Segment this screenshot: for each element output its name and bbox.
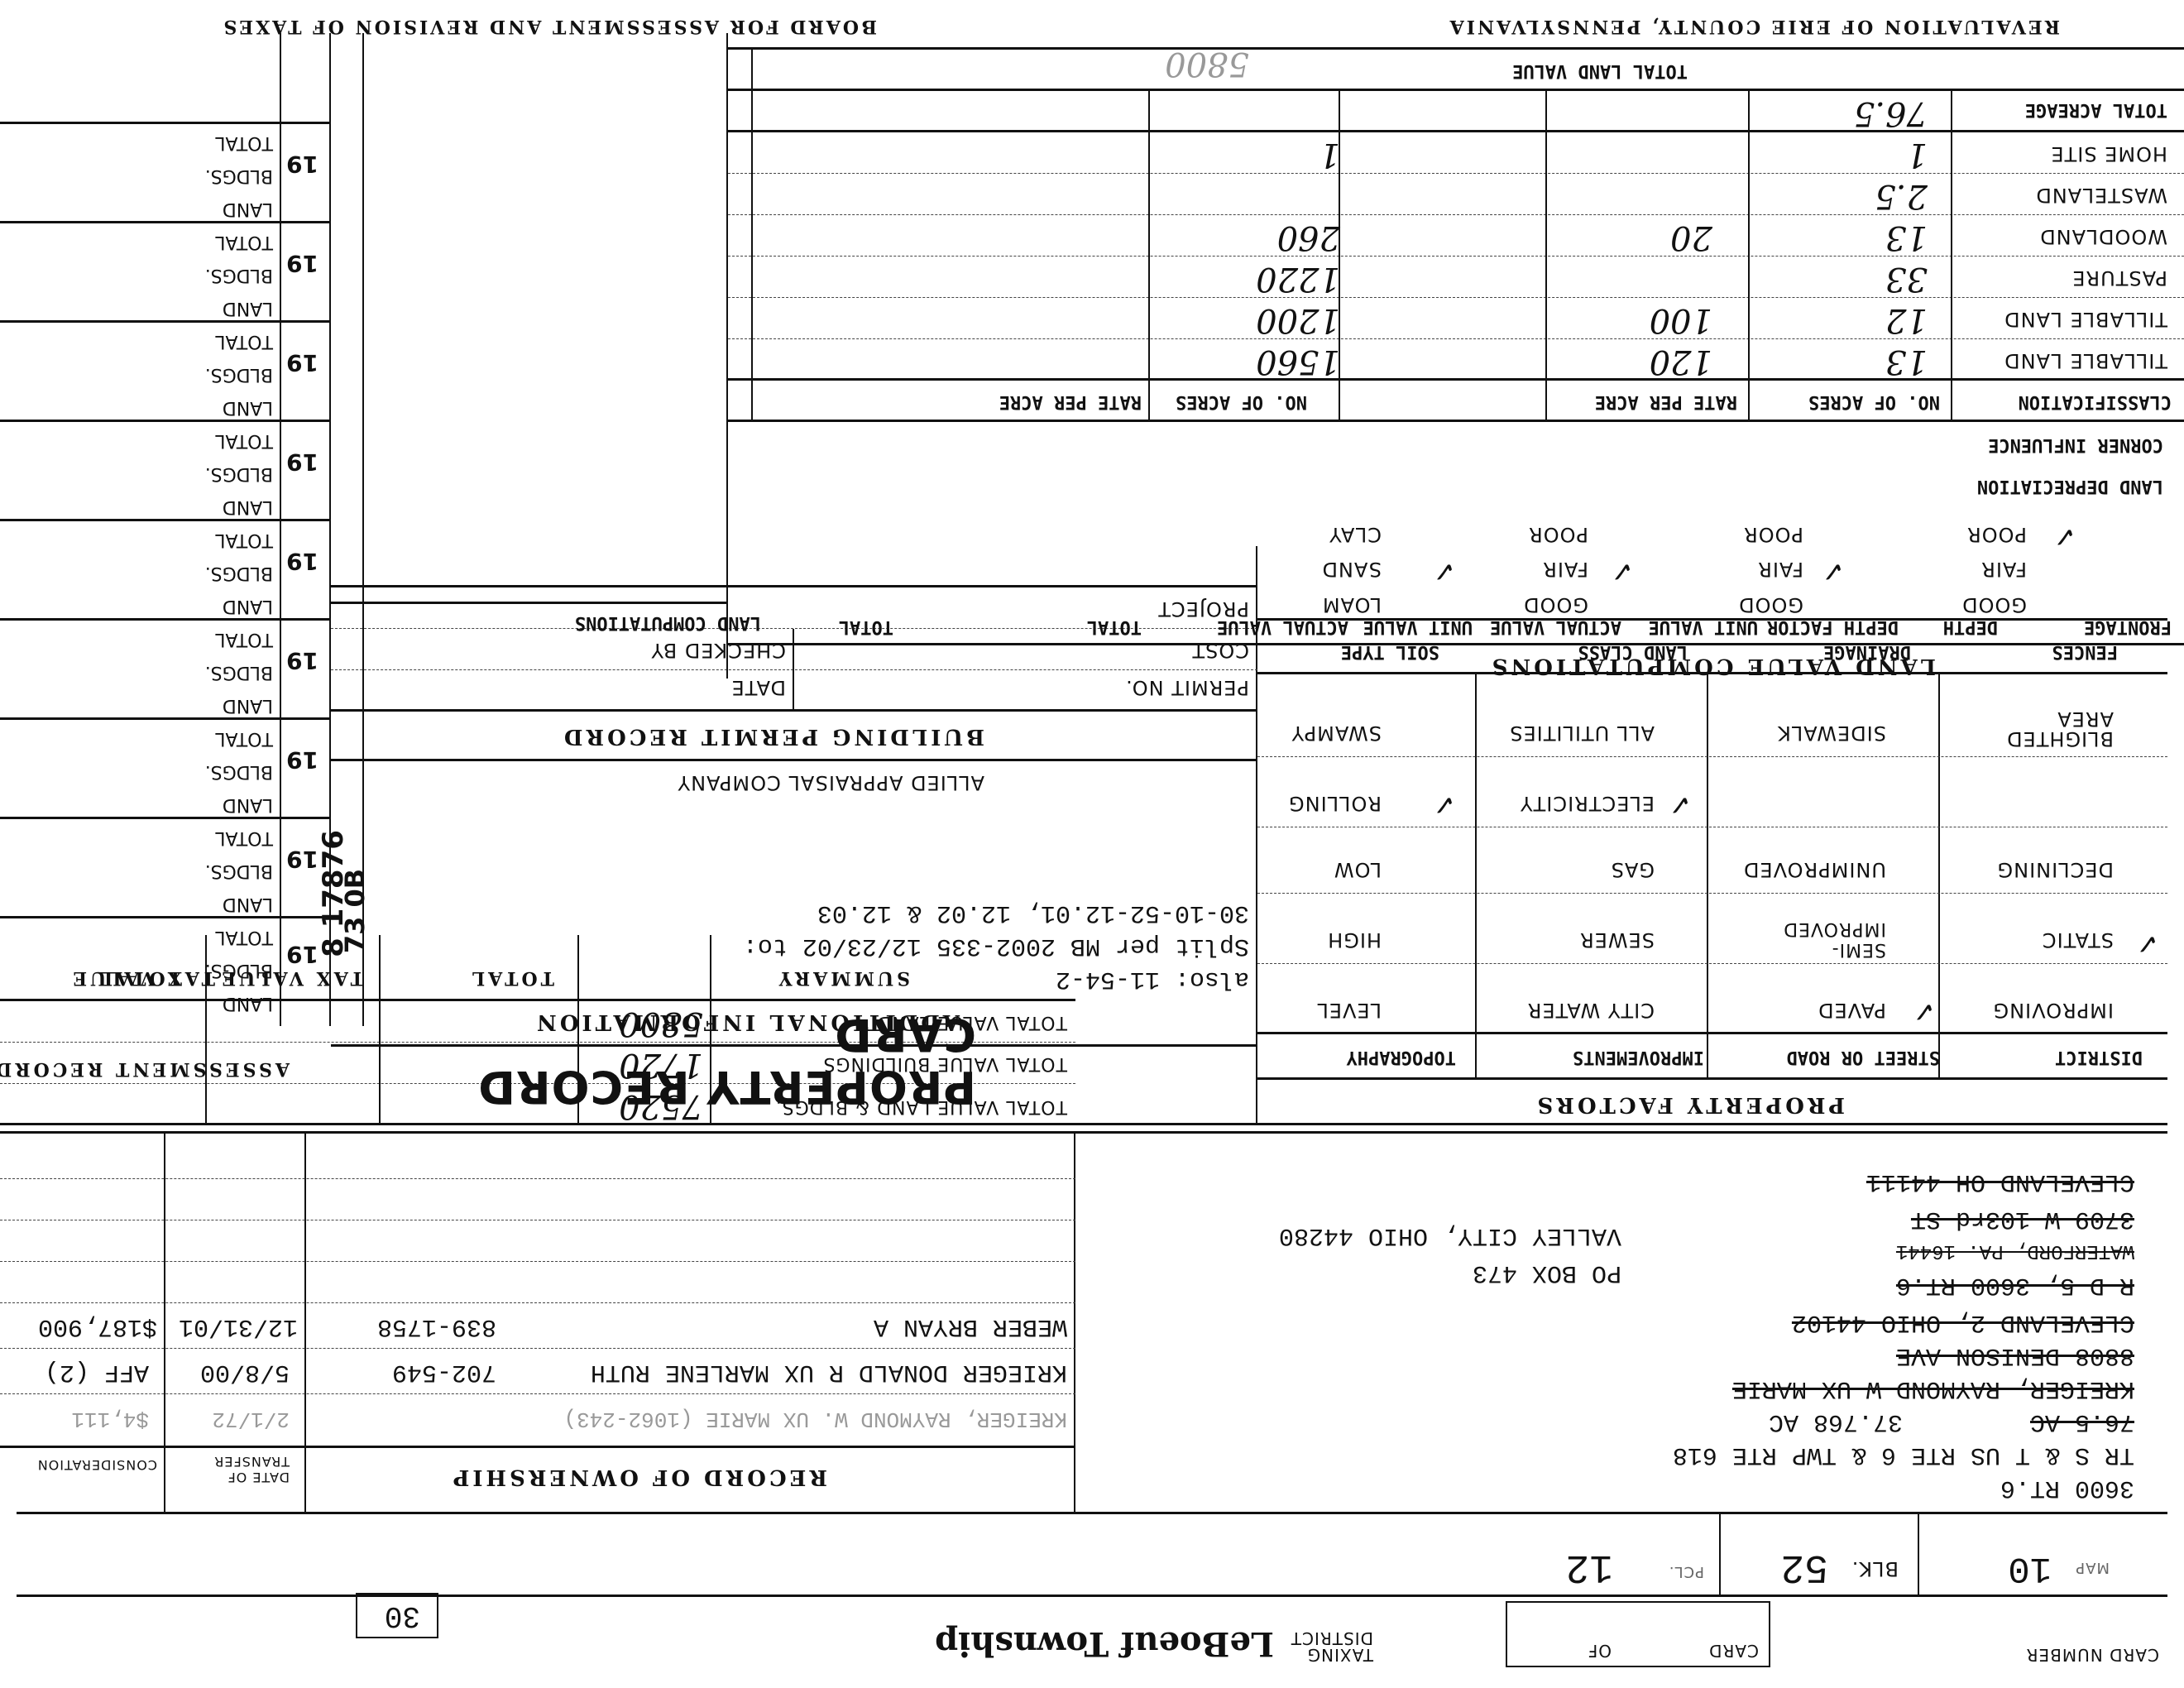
rate-header: RATE PER ACRE	[1595, 391, 1737, 412]
assessment-record	[0, 33, 331, 1026]
land-depreciation-label: LAND DEPRECIATION	[1977, 476, 2163, 496]
factor-electricity: ELECTRICITY	[1520, 792, 1655, 815]
map-value: 10	[2008, 1547, 2052, 1589]
address-line: TR S & T US RTE 6 & TWP RTE 618	[1673, 1441, 2134, 1469]
address-line: R-D-5, 3600 RT.6	[1896, 1271, 2134, 1299]
building-permit-title: BUILDING PERMIT RECORD	[561, 724, 984, 749]
address-line: CLEVELAND OH 44111	[1866, 1168, 2134, 1196]
card-label: CARD	[1708, 1641, 1759, 1661]
factor-unimproved: UNIMPROVED	[1743, 858, 1886, 881]
address-line: CLEVELAND 2, OHIO 44102	[1792, 1308, 2134, 1336]
check-mark-icon: ✓	[1611, 554, 1635, 587]
factor-all-utilities: ALL UTILITIES	[1509, 722, 1655, 745]
check-mark-icon: ✓	[1822, 554, 1846, 587]
soil-grid: LOAM SAND ✓ CLAY GOOD FAIR ✓ POOR GOOD F…	[1257, 505, 2167, 621]
check-mark-icon: ✓	[2053, 520, 2077, 553]
factor-sidewalk: SIDEWALK	[1777, 722, 1886, 745]
of-label: OF	[1588, 1641, 1612, 1661]
address-line: KREIGER, RAYMOND W UX MARIE	[1732, 1374, 2134, 1403]
factor-swampy: SWAMPY	[1291, 722, 1382, 745]
assessment-record-title: ASSESSMENT RECORD	[0, 1058, 290, 1080]
address-line: 76.5 AC	[2030, 1407, 2134, 1436]
card-number-label: CARD NUMBER	[2026, 1645, 2159, 1665]
drainage-fair: FAIR	[1757, 558, 1803, 581]
current-address-line: PO BOX 473	[1473, 1259, 1621, 1287]
land-class-poor: POOR	[1528, 523, 1588, 546]
check-mark-icon: ✓	[1913, 995, 1937, 1028]
map-label: MAP	[2075, 1559, 2110, 1576]
acreage-table: CLASSIFICATION NO. OF ACRES RATE PER ACR…	[728, 25, 2184, 422]
land-computations-title: LAND COMPUTATIONS	[575, 612, 761, 633]
factor-improving: IMPROVING	[1993, 999, 2114, 1022]
land-value-computations-title: LAND VALUE COMPUTATIONS	[1489, 654, 1936, 679]
check-mark-icon: ✓	[1669, 788, 1693, 821]
property-address-block: 3600 RT.6 TR S & T US RTE 6 & TWP RTE 61…	[1092, 1138, 2151, 1502]
consideration-header: CONSIDERATION	[37, 1457, 157, 1473]
appraisal-company: ALLIED APPRAISAL COMPANY	[678, 771, 985, 794]
stamp-sub: 73 0B	[331, 861, 364, 960]
factor-static: STATIC	[2042, 928, 2114, 952]
address-line: 8808 DENISON AVE	[1896, 1341, 2134, 1369]
factor-rolling: ROLLING	[1288, 792, 1382, 815]
factor-blighted-area: BLIGHTED AREA	[1981, 709, 2114, 749]
additional-info-line: Split per MB 2002-335 12/23/02 to:	[743, 932, 1249, 960]
street-header: STREET OR ROAD	[1787, 1047, 1940, 1067]
small-number-box: 30	[356, 1593, 438, 1638]
factor-declining: DECLINING	[1997, 858, 2114, 881]
taxing-district-label: TAXING DISTRICT	[1282, 1630, 1373, 1663]
acres-header: NO. OF ACRES	[1808, 391, 1940, 412]
card-of-box: CARD OF	[1506, 1601, 1770, 1667]
check-mark-icon: ✓	[1433, 788, 1457, 821]
factor-city-water: CITY WATER	[1527, 999, 1655, 1022]
acres-header-2: NO. OF ACRES	[1176, 391, 1307, 412]
revaluation-title: REVALUATION OF ERIE COUNTY, PENNSYLVANIA	[1448, 16, 2060, 37]
factor-paved: PAVED	[1818, 999, 1886, 1022]
date-of-transfer-header: DATE OF TRANSFER	[174, 1454, 290, 1485]
taxing-district-value: LeBoeuf Township	[935, 1624, 1274, 1663]
address-line: WATERFORD, PA. 16441	[1896, 1240, 2134, 1262]
check-mark-icon: ✓	[1433, 554, 1457, 587]
check-mark-icon: ✓	[2136, 927, 2160, 960]
property-record-card: CARD NUMBER CARD OF TAXING DISTRICT LeBo…	[0, 0, 2184, 1688]
total-land-value: 5800	[1165, 45, 1249, 83]
blk-label: BLK.	[1851, 1557, 1899, 1580]
address-line: 3600 RT.6	[2000, 1474, 2134, 1502]
classification-header: CLASSIFICATION	[2019, 391, 2172, 412]
property-factors-title: PROPERTY FACTORS	[1535, 1092, 1845, 1117]
factor-high: HIGH	[1327, 928, 1382, 952]
fences-poor: POOR	[1966, 523, 2027, 546]
factor-low: LOW	[1334, 858, 1382, 881]
ownership-title: RECORD OF OWNERSHIP	[450, 1465, 827, 1489]
additional-info-line: also: 11-54-2	[1056, 965, 1249, 993]
pcl-value: 12	[1565, 1544, 1613, 1589]
land-class-fair: FAIR	[1542, 558, 1588, 581]
card-number-block: CARD NUMBER	[2002, 1605, 2167, 1671]
address-line: 37.768 AC	[1769, 1407, 1903, 1436]
improvements-header: IMPROVEMENTS	[1573, 1047, 1704, 1067]
factor-semi-improved: SEMI-IMPROVED	[1754, 918, 1886, 960]
additional-info-line: 30-10-52-12.01, 12.02 & 12.03	[817, 899, 1249, 927]
permit-no-label: PERMIT NO.	[1125, 676, 1249, 699]
blk-value: 52	[1780, 1544, 1828, 1589]
pcl-label: PCL.	[1669, 1563, 1704, 1580]
factor-sewer: SEWER	[1579, 928, 1655, 952]
ownership-record: RECORD OF OWNERSHIP DATE OF TRANSFER CON…	[0, 1134, 1075, 1597]
total-land-value-label: TOTAL LAND VALUE	[1512, 60, 1688, 81]
soil-sand: SAND	[1321, 558, 1382, 581]
additional-info-title: ADDITIONAL INFORMATION	[534, 1009, 960, 1034]
drainage-poor: POOR	[1743, 523, 1803, 546]
topography-header: TOPOGRAPHY	[1347, 1047, 1456, 1067]
current-address-line: VALLEY CITY, OHIO 44280	[1279, 1221, 1621, 1249]
rate-header-2: RATE PER ACRE	[999, 391, 1142, 412]
fences-fair: FAIR	[1980, 558, 2027, 581]
land-value-header-row: FRONTAGE DEPTH DEPTH FACTOR UNIT VALUE A…	[728, 611, 2184, 644]
factor-level: LEVEL	[1317, 999, 1382, 1022]
soil-clay: CLAY	[1329, 523, 1382, 546]
corner-influence-label: CORNER INFLUENCE	[1988, 434, 2163, 455]
address-line: 3709 W 103rd ST	[1911, 1205, 2134, 1233]
district-header: DISTRICT	[2055, 1047, 2143, 1067]
permit-date-label: DATE	[731, 676, 786, 699]
factor-gas: GAS	[1611, 858, 1655, 881]
